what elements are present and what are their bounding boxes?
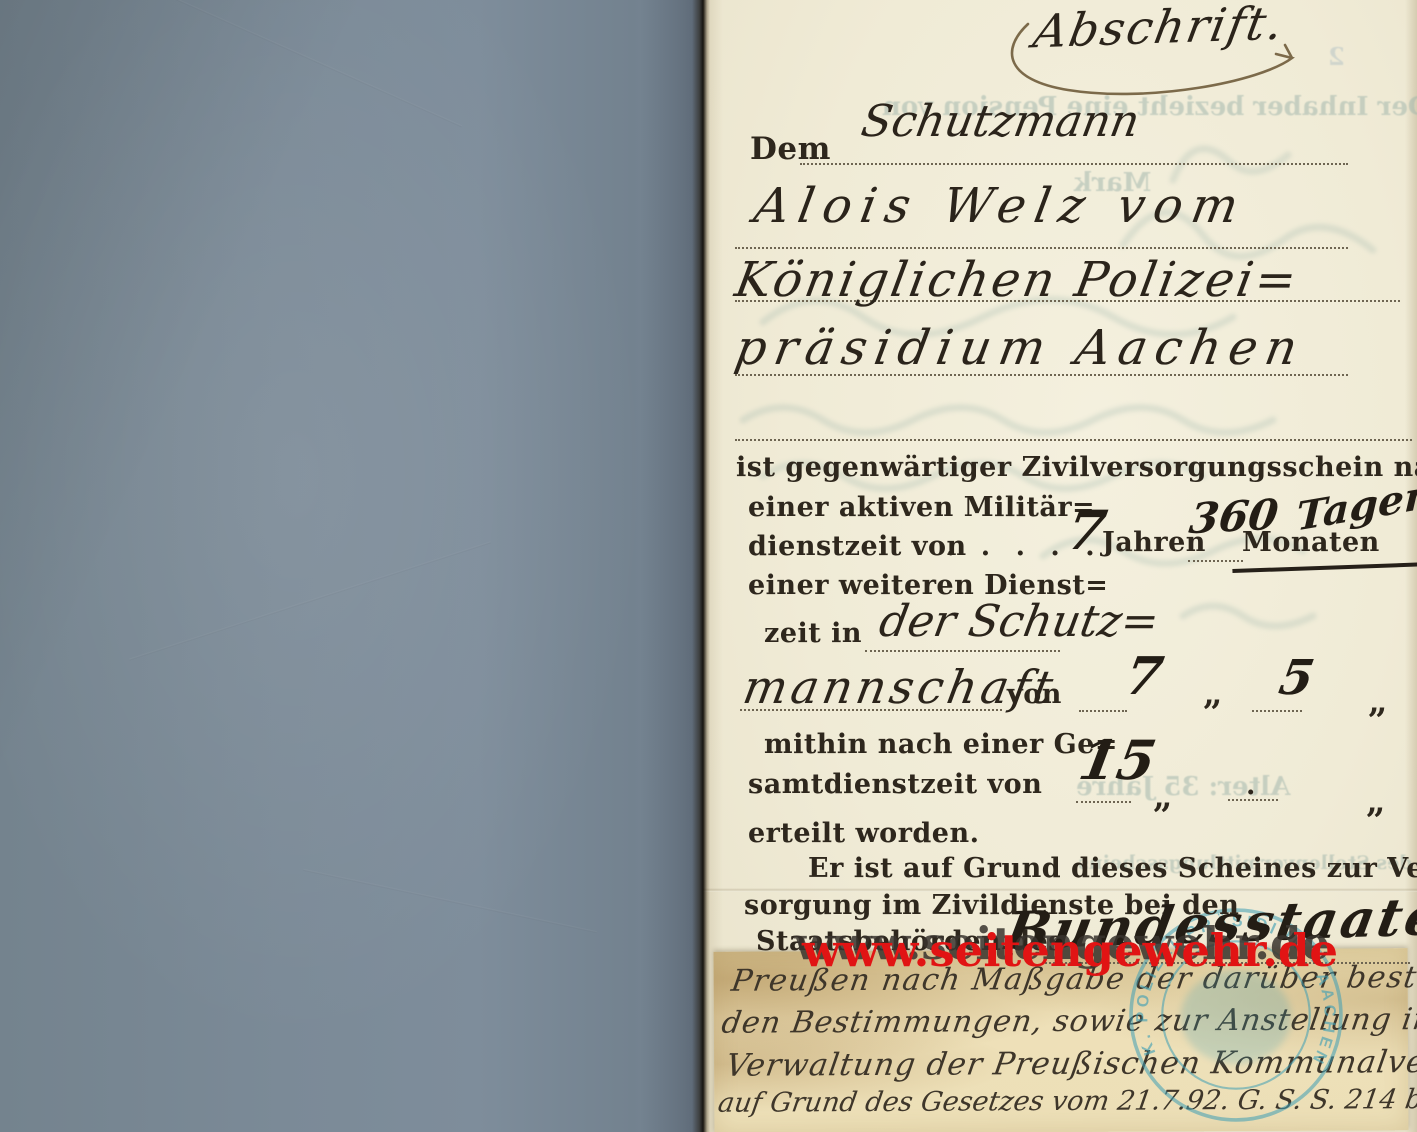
dotted-rule: [735, 247, 1348, 249]
printed-body-line: Er ist auf Grund dieses Scheines zur Ver…: [808, 853, 1417, 884]
printed-body-line: samtdienstzeit von: [748, 769, 1042, 800]
printed-body-line: erteilt worden.: [748, 818, 980, 849]
dotted-rule: [735, 439, 1412, 441]
printed-body-line: zeit in: [764, 618, 862, 649]
stamp-emblem: [1181, 970, 1292, 1064]
document-scan: Der Inhaber bezieht eine Pension von Mar…: [0, 0, 1417, 1132]
watermark-url: www.seitengewehr.de: [802, 924, 1338, 977]
printed-body-line: ist gegenwärtiger Zivilversorgungsschein…: [736, 452, 1417, 483]
handwritten-days-value: 360: [1187, 490, 1281, 544]
dotted-rule: [1252, 710, 1302, 712]
handwritten-org-line2: präsidium Aachen: [731, 320, 1309, 376]
handwritten-rank: Schutzmann: [858, 96, 1144, 147]
handwritten-name: Alois Welz vom: [750, 178, 1251, 234]
printed-body-line: mithin nach einer Ge=: [764, 729, 1118, 760]
dotted-rule: [1079, 710, 1127, 712]
printed-label-dem: Dem: [750, 131, 831, 167]
printed-total-dot: .: [1246, 770, 1256, 801]
booklet-spine-shadow: [692, 0, 710, 1132]
handwritten-unit-line1: der Schutz=: [876, 596, 1163, 647]
handwritten-total-years: 15: [1074, 728, 1160, 792]
dotted-rule: [800, 163, 1348, 165]
booklet-cover: [0, 0, 703, 1132]
dotted-rule: [1076, 801, 1131, 803]
printed-ditto-mark: „: [1203, 674, 1223, 714]
printed-ditto-mark: „: [1366, 782, 1386, 822]
printed-body-line: dienstzeit von: [748, 531, 967, 562]
printed-body-line: einer aktiven Militär=: [748, 492, 1095, 523]
printed-ditto-mark: „: [1153, 777, 1173, 817]
dotted-rule: [865, 650, 1060, 652]
printed-ditto-mark: „: [1368, 682, 1388, 722]
dotted-rule: [1188, 560, 1243, 562]
handwritten-org-line1: Königlichen Polizei=: [731, 252, 1304, 308]
heading-abschrift: Abschrift.: [1029, 0, 1289, 58]
handwritten-unit-line2: mannschaft: [739, 660, 1061, 714]
